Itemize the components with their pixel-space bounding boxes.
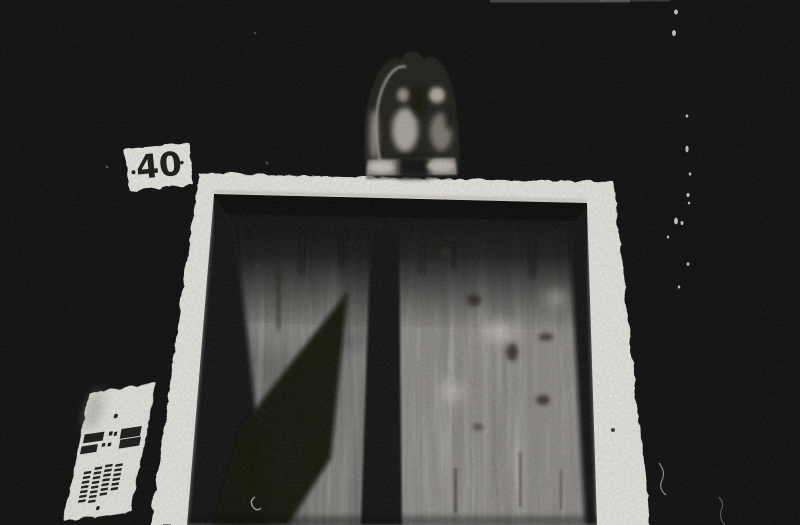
film-grain-dark xyxy=(0,0,800,525)
photo-canvas: 40 xyxy=(0,0,800,525)
photograph: 40 xyxy=(0,0,800,525)
